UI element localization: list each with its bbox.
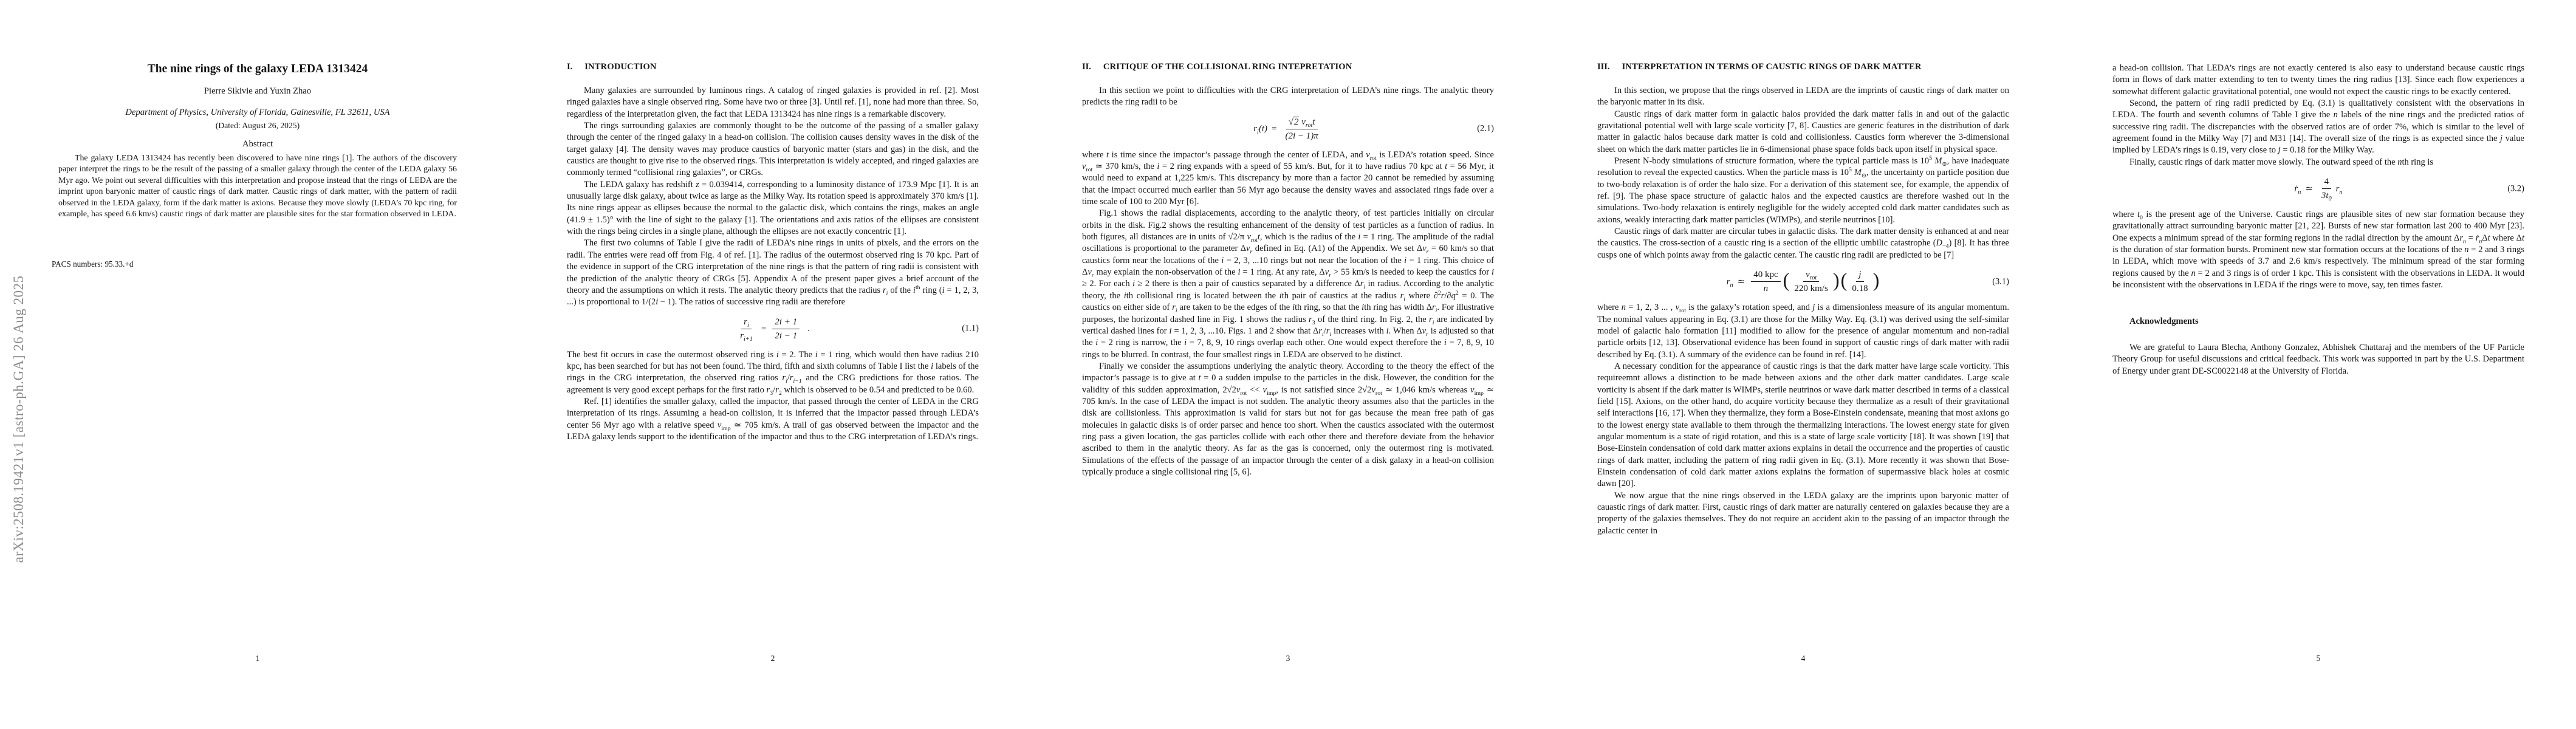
paragraph: Caustic rings of dark matter are circula…	[1597, 226, 2009, 261]
left-paren: (	[1783, 269, 1790, 292]
equation-number: (3.2)	[2507, 183, 2524, 194]
paragraph: The first two columns of Table I give th…	[567, 238, 979, 308]
paragraph: Finally, caustic rings of dark matter mo…	[2112, 157, 2524, 168]
equation-number: (3.1)	[1992, 276, 2009, 287]
page-1: arXiv:2508.19421v1 [astro-ph.GA] 26 Aug …	[0, 0, 515, 729]
paragraph: The rings surrounding galaxies are commo…	[567, 120, 979, 179]
page-number: 5	[2061, 654, 2576, 663]
paragraph: Finally we consider the assumptions unde…	[1082, 361, 1494, 478]
paragraph: Ref. [1] identifies the smaller galaxy, …	[567, 396, 979, 443]
fraction: 40 kpc n	[1751, 269, 1780, 294]
date-line: (Dated: August 26, 2025)	[36, 121, 479, 131]
acknowledgments-heading: Acknowledgments	[2112, 316, 2524, 327]
pacs-line: PACS numbers: 95.33.+d	[52, 259, 133, 269]
paragraph: Fig.1 shows the radial displacements, ac…	[1082, 208, 1494, 360]
section-number: III.	[1597, 62, 1610, 72]
relation-sign: ≃	[2305, 183, 2313, 194]
paragraph: In this section, we propose that the rin…	[1597, 85, 2009, 109]
document-canvas: { "arxiv_stamp": "arXiv:2508.19421v1 [as…	[0, 0, 2576, 729]
relation-sign: =	[1272, 123, 1276, 134]
page-number: 4	[1546, 654, 2061, 663]
left-paren: (	[1841, 269, 1848, 292]
equation-3-1: rn ≃ 40 kpc n ( vrot 220 km/s ) ( j 0.18…	[1597, 269, 2009, 294]
relation-sign: ≃	[1738, 276, 1745, 287]
equation-3-2: ṙn ≃ 4 3t0 rn (3.2)	[2112, 176, 2524, 201]
page-4: III.INTERPRETATION IN TERMS OF CAUSTIC R…	[1546, 0, 2061, 729]
relation-sign: =	[761, 323, 766, 334]
affiliation-line: Department of Physics, University of Flo…	[36, 108, 479, 118]
paragraph: The LEDA galaxy has redshift z = 0.03941…	[567, 179, 979, 238]
equation-lhs: ri(t)	[1253, 123, 1267, 134]
fraction: ri ri+1	[738, 317, 755, 341]
abstract-text: The galaxy LEDA 1313424 has recently bee…	[58, 153, 457, 220]
equation-lhs: ṙn	[2294, 183, 2301, 194]
paragraph: Second, the pattern of ring radii predic…	[2112, 98, 2524, 157]
section-number: I.	[567, 62, 572, 72]
section-title: INTERPRETATION IN TERMS OF CAUSTIC RINGS…	[1622, 62, 1922, 72]
page-number: 3	[1030, 654, 1546, 663]
equation-number: (2.1)	[1477, 123, 1494, 134]
section-title: CRITIQUE OF THE COLLISIONAL RING INTEPRE…	[1103, 62, 1352, 72]
equation-2-1: ri(t) = √2 vrott (2i − 1)π (2.1)	[1082, 117, 1494, 142]
fraction: vrot 220 km/s	[1792, 269, 1830, 294]
section-heading-interpretation: III.INTERPRETATION IN TERMS OF CAUSTIC R…	[1597, 62, 2009, 72]
page-2-body: Many galaxies are surrounded by luminous…	[567, 85, 979, 443]
page-4-body: In this section, we propose that the rin…	[1597, 85, 2009, 537]
equation-lhs: rn	[1727, 276, 1733, 287]
paragraph: Many galaxies are surrounded by luminous…	[567, 85, 979, 120]
fraction: 2i + 1 2i − 1	[772, 317, 800, 341]
section-heading-critique: II.CRITIQUE OF THE COLLISIONAL RING INTE…	[1082, 62, 1494, 72]
paragraph: where t is time since the impactor’s pas…	[1082, 149, 1494, 208]
paragraph: where t0 is the present age of the Unive…	[2112, 209, 2524, 291]
page-number: 1	[0, 654, 515, 663]
paragraph: In this section we point to difficulties…	[1082, 85, 1494, 109]
paper-title: The nine rings of the galaxy LEDA 131342…	[36, 63, 479, 76]
paragraph: where n = 1, 2, 3 ... , vrot is the gala…	[1597, 302, 2009, 361]
section-number: II.	[1082, 62, 1091, 72]
page-3: II.CRITIQUE OF THE COLLISIONAL RING INTE…	[1030, 0, 1546, 729]
equation-tail: .	[807, 323, 810, 334]
equation-number: (1.1)	[962, 323, 979, 334]
right-paren: )	[1873, 269, 1880, 292]
fraction: 4 3t0	[2319, 176, 2334, 201]
page-3-body: In this section we point to difficulties…	[1082, 85, 1494, 478]
section-title: INTRODUCTION	[584, 62, 656, 72]
paragraph: We are grateful to Laura Blecha, Anthony…	[2112, 342, 2524, 377]
page-number: 2	[515, 654, 1030, 663]
page-2: I.INTRODUCTION Many galaxies are surroun…	[515, 0, 1030, 729]
paragraph: Caustic rings of dark matter form in gal…	[1597, 109, 2009, 156]
authors-line: Pierre Sikivie and Yuxin Zhao	[36, 86, 479, 97]
arxiv-stamp: arXiv:2508.19421v1 [astro-ph.GA] 26 Aug …	[11, 275, 27, 563]
paragraph: A necessary condition for the appearance…	[1597, 361, 2009, 490]
equation-1-1: ri ri+1 = 2i + 1 2i − 1 . (1.1)	[567, 317, 979, 341]
fraction: √2 vrott (2i − 1)π	[1283, 117, 1321, 142]
paragraph: Present N-body simulations of structure …	[1597, 156, 2009, 226]
page-5: a head-on collision. That LEDA’s rings a…	[2061, 0, 2576, 729]
section-heading-introduction: I.INTRODUCTION	[567, 62, 979, 72]
paragraph: We now argue that the nine rings observe…	[1597, 490, 2009, 537]
page-5-body: a head-on collision. That LEDA’s rings a…	[2112, 63, 2524, 377]
right-paren: )	[1833, 269, 1840, 292]
fraction: j 0.18	[1849, 269, 1870, 294]
abstract-heading: Abstract	[36, 139, 479, 149]
paragraph: a head-on collision. That LEDA’s rings a…	[2112, 63, 2524, 98]
equation-rhs: rn	[2336, 183, 2343, 194]
paragraph: The best fit occurs in case the outermos…	[567, 349, 979, 396]
